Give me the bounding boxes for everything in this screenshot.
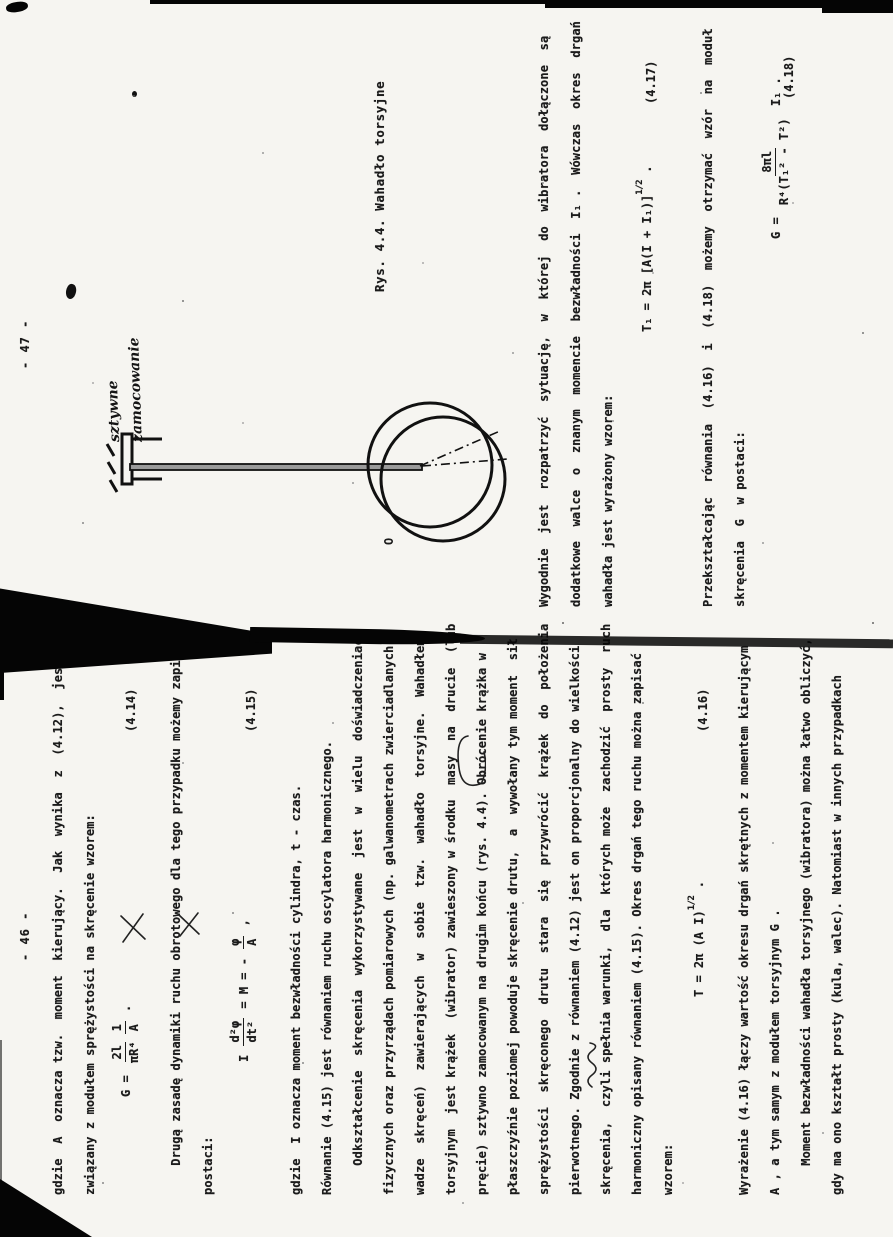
ink-speck	[132, 91, 137, 97]
eq-post: .	[640, 166, 654, 180]
text-line: fizycznych oraz przyrządach pomiarowych …	[381, 631, 397, 1195]
text-line: związany z modułem sprężystości na skręc…	[82, 814, 98, 1195]
eq-base: T₁ = 2π [A(I + I₁)]	[640, 195, 654, 332]
fraction: 1A	[110, 1021, 141, 1034]
text-line: Przekształcając równania (4.16) i (4.18)…	[700, 28, 716, 607]
rigid-support	[107, 434, 162, 492]
text-line: torsyjnym jest krążek (wibrator) zawiesz…	[443, 624, 459, 1195]
denominator: A	[244, 936, 259, 949]
equation-4-15: I d²φdt² = M = - φA ,	[228, 919, 259, 1062]
text-line: wahadła jest wyrażony wzorem:	[600, 395, 616, 607]
eq-mid: = M = -	[237, 951, 251, 1016]
eq-post: .	[119, 1005, 133, 1019]
numerator: d²φ	[228, 1018, 244, 1046]
equation-4-14: G = 2lπR⁴1A .	[110, 1005, 141, 1097]
page-number-46: - 46 -	[18, 912, 32, 961]
equation-number: (4.14)	[124, 689, 138, 732]
eq-post: I₁ .	[769, 77, 783, 113]
equation-4-18: G = 8πlR⁴(T₁² - T²) I₁ .	[760, 77, 791, 239]
pen-cross-mark	[118, 909, 148, 945]
text-line: A , a tym samym z modułem torsyjnym G .	[767, 909, 783, 1195]
eq-pre: G =	[119, 1068, 133, 1097]
torsion-wire	[130, 464, 422, 470]
text-line: postaci:	[200, 1136, 216, 1195]
equation-number: (4.18)	[782, 56, 796, 99]
numerator: φ	[228, 936, 244, 949]
text-line: wadze skręceń) zawierających w sobie tzw…	[412, 638, 428, 1195]
pendulum-disk-rim-back	[381, 417, 505, 541]
denominator: A	[126, 1021, 141, 1034]
text-line: płaszczyźnie poziomej powoduje skręcenie…	[505, 638, 521, 1195]
pen-cross-mark	[176, 909, 202, 939]
fraction: d²φdt²	[228, 1018, 259, 1046]
text-line: skręcenia G w postaci:	[732, 431, 748, 607]
equation-number: (4.16)	[696, 689, 710, 732]
text-line: Równanie (4.15) jest równaniem ruchu osc…	[319, 741, 335, 1195]
equation-4-17: T₁ = 2π [A(I + I₁)]1/2 .	[640, 166, 654, 333]
text-line: Wyrażenie (4.16) łączy wartość okresu dr…	[736, 646, 752, 1195]
text-line: Wygodnie jest rozpatrzyć sytuację, w któ…	[536, 36, 552, 607]
scan-edge-left	[0, 604, 4, 700]
text-line: sprężystości skręconego drutu stara się …	[536, 624, 552, 1195]
equation-number: (4.17)	[644, 61, 658, 104]
fraction: φA	[228, 936, 259, 949]
eq-post: ,	[237, 919, 251, 933]
pen-circle-mark	[452, 730, 486, 792]
support-label-line1: sztywne	[105, 380, 123, 442]
fraction: 8πlR⁴(T₁² - T²)	[760, 115, 791, 208]
support-label-line2: zamocowanie	[126, 337, 146, 442]
scan-edge-top-corner	[822, 0, 893, 13]
eq-exponent: 1/2	[635, 180, 645, 195]
denominator: R⁴(T₁² - T²)	[776, 115, 791, 208]
scan-edge-left	[0, 1040, 2, 1237]
eq-post: .	[692, 881, 706, 895]
ink-blob	[64, 283, 78, 300]
pen-squiggle-underline	[584, 1041, 598, 1089]
denominator: dt²	[244, 1018, 259, 1046]
eq-exponent: 1/2	[687, 896, 697, 911]
text-line: gdzie A oznacza tzw. moment kierujący. J…	[50, 631, 66, 1195]
page-number-47: - 47 -	[18, 320, 32, 369]
text-line: gdy ma ono kształt prosty (kula, walec).…	[829, 675, 845, 1195]
figure-caption: Rys. 4.4. Wahadło torsyjne	[372, 81, 387, 292]
eq-base: T = 2π (A I)	[692, 910, 706, 997]
numerator: 1	[110, 1021, 126, 1034]
equation-4-16: T = 2π (A I)1/2 .	[692, 881, 706, 997]
text-line: dodatkowe walce o znanym momencie bezwła…	[568, 21, 584, 607]
text-line: gdzie I oznacza moment bezwładności cyli…	[288, 785, 304, 1195]
disk-center-label: O	[382, 538, 396, 545]
scan-noise	[0, 0, 2, 2]
text-line: pierwotnego. Zgodnie z równaniem (4.12) …	[567, 646, 583, 1195]
text-line: wzorem:	[660, 1144, 676, 1195]
scan-edge-top	[150, 0, 550, 4]
text-line: skręcenia, czyli spełnia warunki, dla kt…	[598, 624, 614, 1195]
numerator: 8πl	[760, 148, 776, 176]
eq-pre: G =	[769, 210, 783, 239]
text-line: Moment bezwładności wahadła torsyjnego (…	[798, 638, 814, 1195]
text-line: Odkształcenie skręcenia wykorzystywane j…	[350, 631, 366, 1195]
equation-number: (4.15)	[244, 689, 258, 732]
scanned-document: - 46 - gdzie A oznacza tzw. moment kieru…	[0, 0, 893, 1237]
twist-angle-lines	[420, 431, 508, 466]
numerator: 2l	[110, 1042, 126, 1062]
eq-pre: I	[237, 1048, 251, 1062]
fraction: 2lπR⁴	[110, 1038, 141, 1066]
denominator: πR⁴	[126, 1038, 141, 1066]
text-line: harmoniczny opisany równaniem (4.15). Ok…	[629, 653, 645, 1195]
